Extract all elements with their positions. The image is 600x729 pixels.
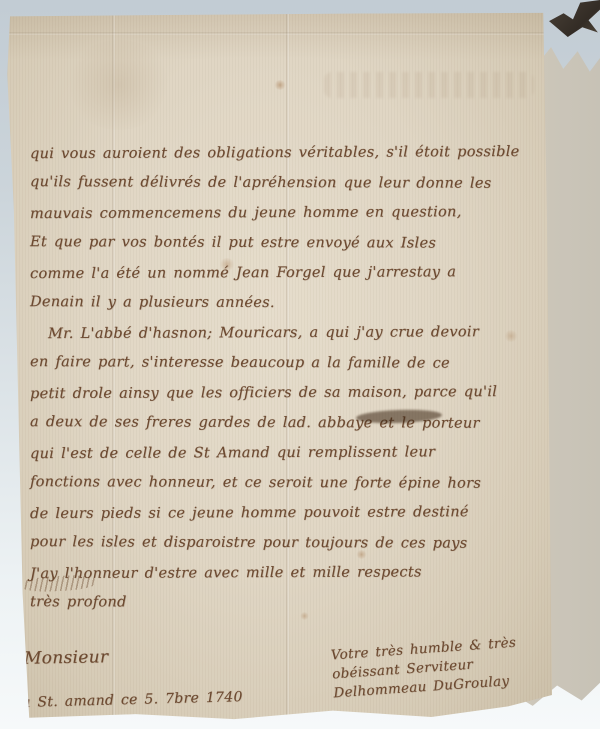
handwritten-line: de leurs pieds si ce jeune homme pouvoit… [30, 497, 538, 529]
handwritten-line: pour les isles et disparoistre pour touj… [30, 527, 538, 559]
handwritten-line: Mr. L'abbé d'hasnon; Mouricars, a qui j'… [48, 317, 538, 349]
salutation: Monsieur [24, 647, 109, 668]
handwritten-line: très profond [30, 587, 538, 619]
dark-paper-fragment [548, 0, 600, 44]
place-date-line: a St. amand ce 5. 7bre 1740 [22, 689, 243, 711]
handwritten-line: a deux de ses freres gardes de lad. abba… [30, 407, 538, 439]
handwritten-line: qui l'est de celle de St Amand qui rempl… [30, 437, 538, 469]
handwritten-line: mauvais commencemens du jeune homme en q… [30, 197, 538, 229]
handwritten-line: comme l'a été un nommé Jean Forgel que j… [30, 257, 538, 289]
handwritten-line: en faire part, s'interesse beaucoup a la… [30, 347, 538, 379]
signature-block: Votre très humble & très obéissant Servi… [330, 634, 519, 704]
foxing-stain [274, 80, 286, 90]
handwritten-line: Denain il y a plusieurs années. [30, 287, 538, 319]
foxing-stain [64, 40, 174, 130]
handwritten-line: fonctions avec honneur, et ce seroit une… [30, 467, 538, 499]
horizontal-fold-crease [4, 32, 552, 35]
handwritten-line: qui vous auroient des obligations vérita… [30, 137, 538, 169]
ink-showthrough [324, 72, 534, 98]
handwritten-line: petit drole ainsy que les officiers de s… [30, 377, 538, 409]
letter-sheet: qui vous auroient des obligations vérita… [4, 10, 552, 722]
letter-body: qui vous auroient des obligations vérita… [30, 138, 538, 618]
handwritten-line: qu'ils fussent délivrés de l'apréhension… [30, 167, 538, 199]
handwritten-line: J'ay l'honneur d'estre avec mille et mil… [30, 557, 538, 589]
photo-of-manuscript-letter: qui vous auroient des obligations vérita… [0, 0, 600, 729]
handwritten-line: Et que par vos bontés il put estre envoy… [30, 227, 538, 259]
